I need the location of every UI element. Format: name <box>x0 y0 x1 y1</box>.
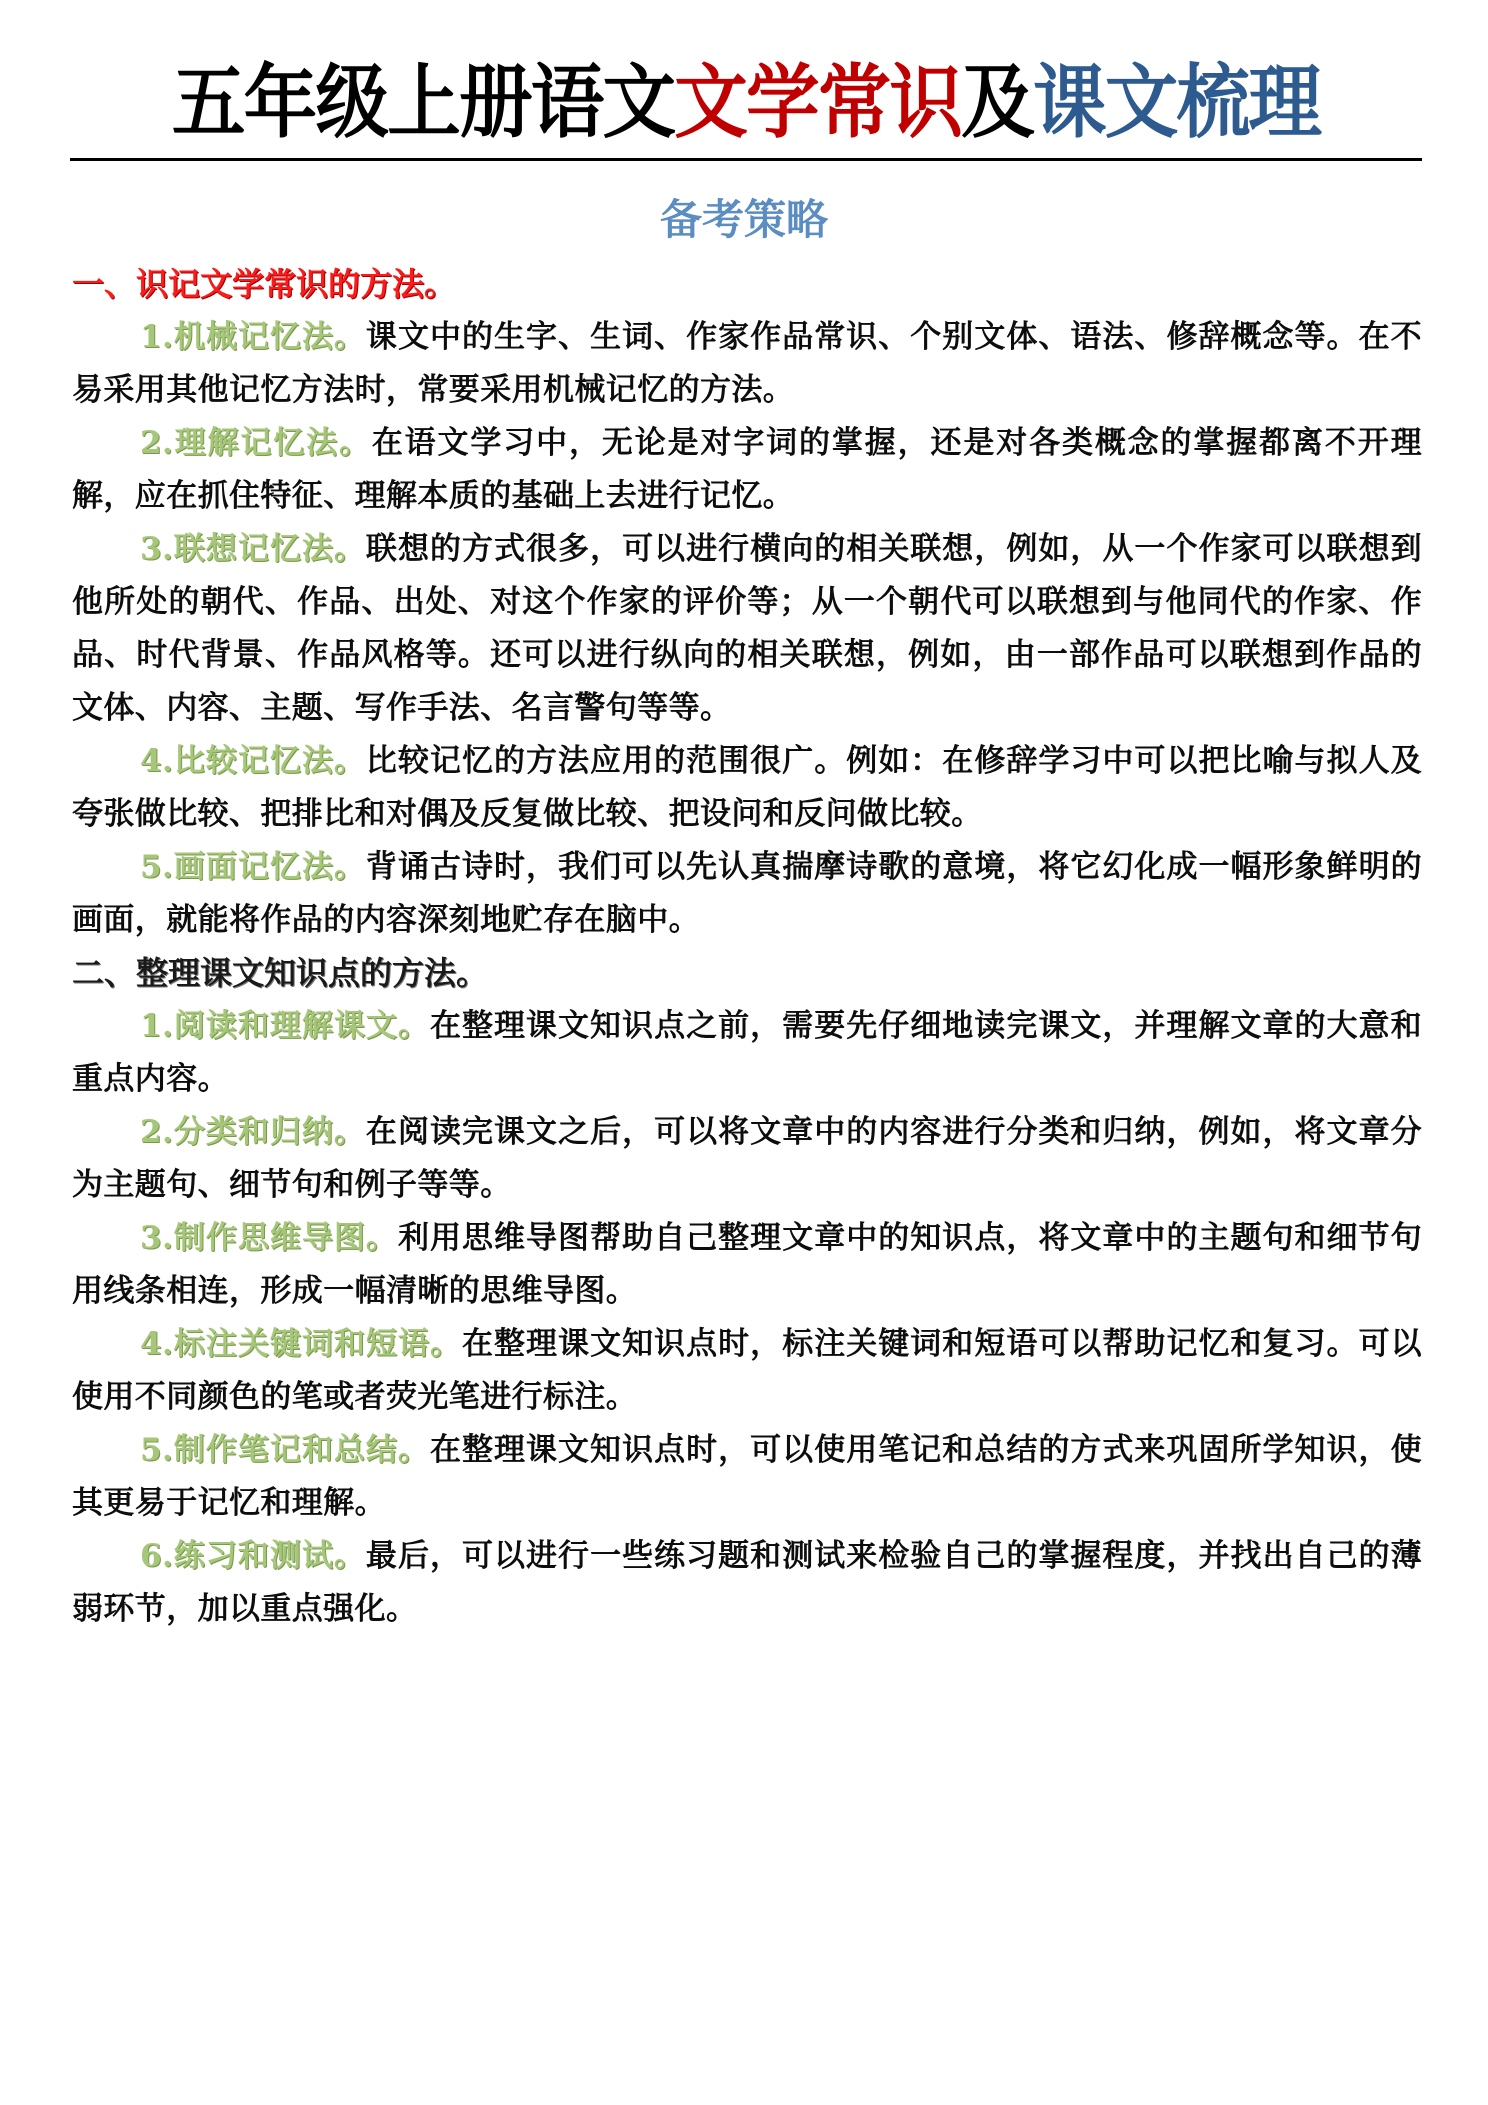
method-item: 4.比较记忆法。比较记忆的方法应用的范围很广。例如：在修辞学习中可以把比喻与拟人… <box>72 735 1422 841</box>
method-label: 4.比较记忆法。 <box>140 743 366 779</box>
method-label: 5.画面记忆法。 <box>140 849 366 885</box>
method-item: 6.练习和测试。最后，可以进行一些练习题和测试来检验自己的掌握程度，并找出自己的… <box>72 1530 1422 1636</box>
title-area: 五年级上册语文文学常识及课文梳理 <box>70 52 1422 157</box>
method-label: 3.联想记忆法。 <box>140 531 366 567</box>
method-label: 6.练习和测试。 <box>140 1538 366 1574</box>
method-label: 1.阅读和理解课文。 <box>140 1008 430 1044</box>
method-label: 2.理解记忆法。 <box>140 425 372 461</box>
method-label: 4.标注关键词和短语。 <box>140 1326 462 1362</box>
method-item: 2.理解记忆法。在语文学习中，无论是对字词的掌握，还是对各类概念的掌握都离不开理… <box>72 417 1422 523</box>
page-subtitle: 备考策略 <box>0 192 1488 248</box>
method-item: 3.制作思维导图。利用思维导图帮助自己整理文章中的知识点，将文章中的主题句和细节… <box>72 1212 1422 1318</box>
method-label: 5.制作笔记和总结。 <box>140 1432 430 1468</box>
title-divider <box>70 158 1422 161</box>
method-item: 1.机械记忆法。课文中的生字、生词、作家作品常识、个别文体、语法、修辞概念等。在… <box>72 311 1422 417</box>
method-label: 1.机械记忆法。 <box>140 319 366 355</box>
method-label: 2.分类和归纳。 <box>140 1114 366 1150</box>
page-title: 五年级上册语文文学常识及课文梳理 <box>172 52 1320 152</box>
method-item: 5.画面记忆法。背诵古诗时，我们可以先认真揣摩诗歌的意境，将它幻化成一幅形象鲜明… <box>72 841 1422 947</box>
method-item: 4.标注关键词和短语。在整理课文知识点时，标注关键词和短语可以帮助记忆和复习。可… <box>72 1318 1422 1424</box>
section-heading-organize-text-knowledge: 二、整理课文知识点的方法。 <box>72 947 1422 1000</box>
method-item: 2.分类和归纳。在阅读完课文之后，可以将文章中的内容进行分类和归纳，例如，将文章… <box>72 1106 1422 1212</box>
title-part-and: 及 <box>961 55 1033 149</box>
title-part-grade: 五年级上册语文 <box>172 55 674 149</box>
document-page: 五年级上册语文文学常识及课文梳理 备考策略 一、识记文学常识的方法。 1.机械记… <box>0 0 1488 2105</box>
method-item: 3.联想记忆法。联想的方式很多，可以进行横向的相关联想，例如，从一个作家可以联想… <box>72 523 1422 735</box>
method-item: 1.阅读和理解课文。在整理课文知识点之前，需要先仔细地读完课文，并理解文章的大意… <box>72 1000 1422 1106</box>
section-heading-memorize-literary-knowledge: 一、识记文学常识的方法。 <box>72 258 1422 311</box>
title-part-literary-knowledge: 文学常识 <box>674 55 961 149</box>
method-item: 5.制作笔记和总结。在整理课文知识点时，可以使用笔记和总结的方式来巩固所学知识，… <box>72 1424 1422 1530</box>
method-label: 3.制作思维导图。 <box>140 1220 398 1256</box>
document-body: 一、识记文学常识的方法。 1.机械记忆法。课文中的生字、生词、作家作品常识、个别… <box>72 258 1422 1636</box>
title-part-text-review: 课文梳理 <box>1033 55 1320 149</box>
